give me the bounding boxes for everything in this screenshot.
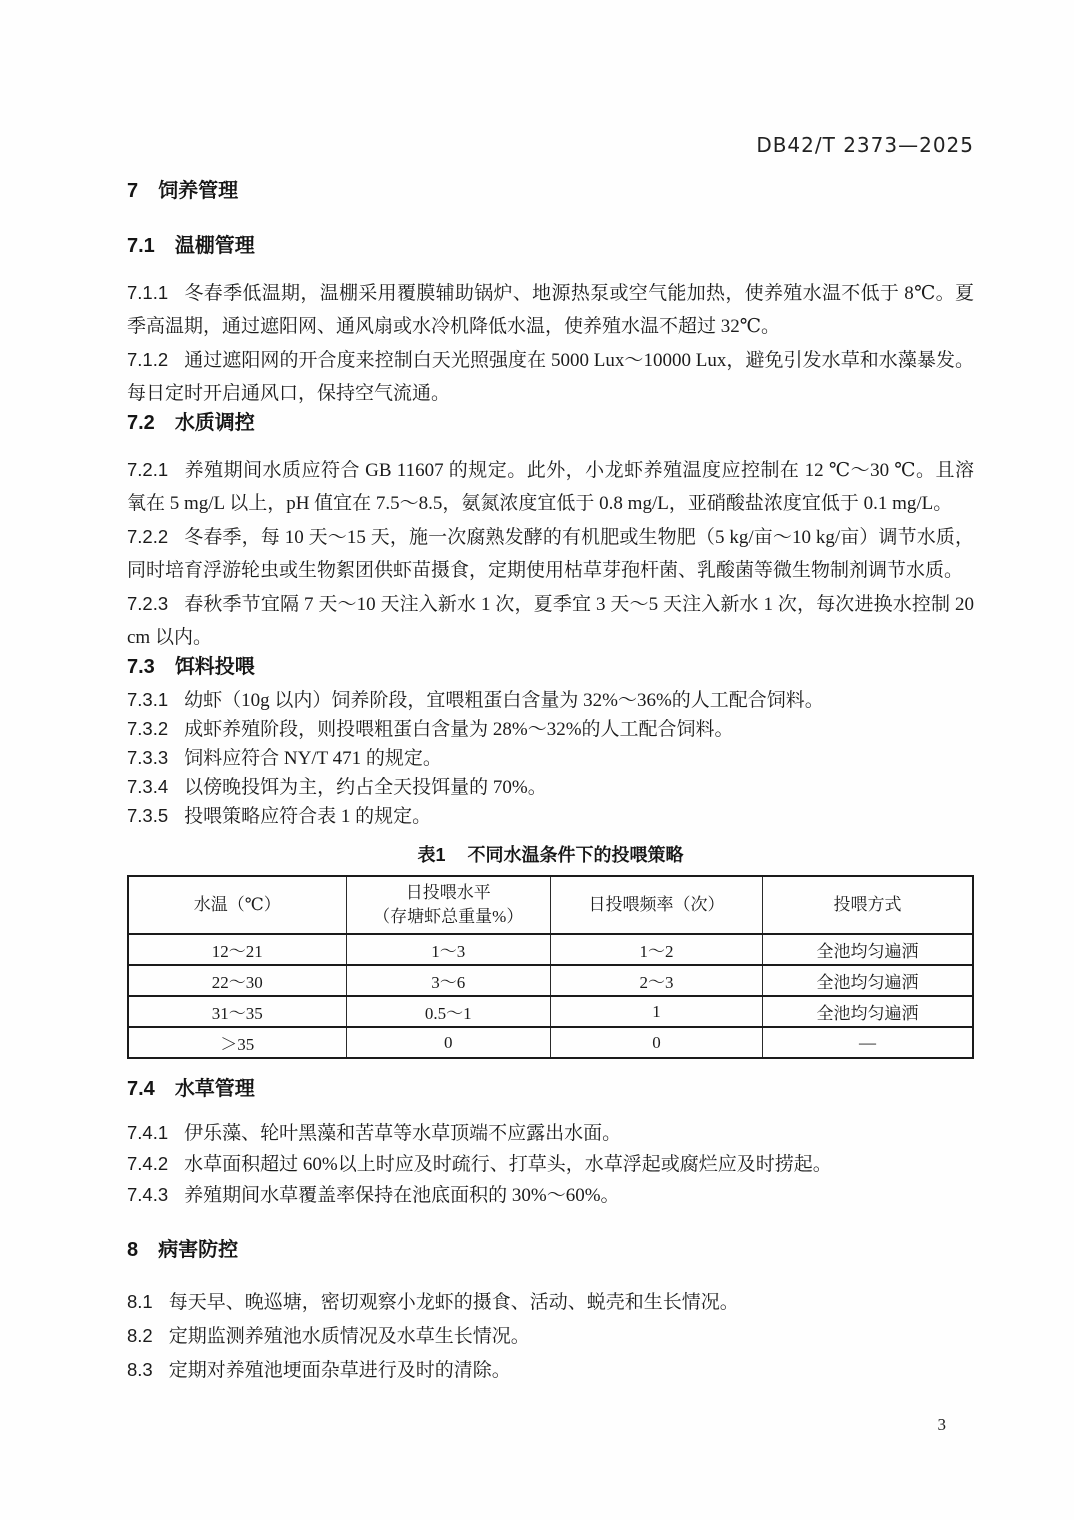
- col-header-feeding-level-line1: 日投喂水平: [347, 881, 550, 905]
- clause-7-4-3: 7.4.3养殖期间水草覆盖率保持在池底面积的 30%～60%。: [127, 1180, 974, 1211]
- clause-number: 8.2: [127, 1325, 153, 1346]
- clause-text: 定期对养殖池埂面杂草进行及时的清除。: [169, 1360, 511, 1381]
- section-7-heading: 7饲养管理: [127, 178, 974, 204]
- clause-text: 冬春季，每 10 天～15 天，施一次腐熟发酵的有机肥或生物肥（5 kg/亩～1…: [127, 527, 974, 581]
- clause-number: 7.3.2: [127, 718, 168, 739]
- col-header-water-temp: 水温（℃）: [128, 876, 346, 934]
- clause-group-8: 8.1每天早、晚巡塘，密切观察小龙虾的摄食、活动、蜕壳和生长情况。 8.2定期监…: [127, 1285, 974, 1387]
- clause-number: 7.3.1: [127, 689, 168, 710]
- page-number: 3: [127, 1415, 974, 1435]
- cell-feeding-frequency: 2～3: [550, 965, 762, 996]
- col-header-feeding-level-line2: （存塘虾总重量%）: [347, 905, 550, 929]
- cell-water-temp: 31～35: [128, 996, 346, 1027]
- col-header-feeding-frequency: 日投喂频率（次）: [550, 876, 762, 934]
- clause-text: 饲料应符合 NY/T 471 的规定。: [184, 748, 442, 769]
- clause-text: 冬春季低温期，温棚采用覆膜辅助锅炉、地源热泵或空气能加热，使养殖水温不低于 8℃…: [127, 283, 974, 337]
- clause-number: 7.4.3: [127, 1184, 168, 1205]
- clause-7-1-2: 7.1.2通过遮阳网的开合度来控制白天光照强度在 5000 Lux～10000 …: [127, 343, 974, 410]
- cell-feeding-method: 全池均匀遍洒: [763, 934, 973, 965]
- cell-feeding-method: 全池均匀遍洒: [763, 996, 973, 1027]
- table-row: 31～35 0.5～1 1 全池均匀遍洒: [128, 996, 973, 1027]
- clause-text: 水草面积超过 60%以上时应及时疏行、打草头，水草浮起或腐烂应及时捞起。: [184, 1154, 832, 1175]
- clause-text: 每天早、晚巡塘，密切观察小龙虾的摄食、活动、蜕壳和生长情况。: [169, 1292, 739, 1313]
- clause-number: 7.1.1: [127, 282, 168, 303]
- clause-number: 7.3.3: [127, 747, 168, 768]
- clause-number: 8.1: [127, 1291, 153, 1312]
- clause-8-2: 8.2定期监测养殖池水质情况及水草生长情况。: [127, 1319, 974, 1353]
- cell-water-temp: 22～30: [128, 965, 346, 996]
- clause-number: 7.2.3: [127, 593, 168, 614]
- clause-7-4-1: 7.4.1伊乐藻、轮叶黑藻和苦草等水草顶端不应露出水面。: [127, 1118, 974, 1149]
- clause-text: 养殖期间水质应符合 GB 11607 的规定。此外，小龙虾养殖温度应控制在 12…: [127, 460, 974, 514]
- document-page: DB42/T 2373—2025 7饲养管理 7.1温棚管理 7.1.1冬春季低…: [0, 0, 1074, 1520]
- document-code: DB42/T 2373—2025: [127, 133, 974, 157]
- clause-text: 成虾养殖阶段，则投喂粗蛋白含量为 28%～32%的人工配合饲料。: [184, 719, 733, 740]
- cell-feeding-frequency: 1～2: [550, 934, 762, 965]
- clause-7-1-1: 7.1.1冬春季低温期，温棚采用覆膜辅助锅炉、地源热泵或空气能加热，使养殖水温不…: [127, 276, 974, 343]
- clause-number: 7.4.1: [127, 1122, 168, 1143]
- cell-feeding-level: 3～6: [346, 965, 550, 996]
- clause-8-1: 8.1每天早、晚巡塘，密切观察小龙虾的摄食、活动、蜕壳和生长情况。: [127, 1285, 974, 1319]
- clause-number: 7.4.2: [127, 1153, 168, 1174]
- table-caption-label: 表1: [417, 845, 445, 865]
- section-number: 7.1: [127, 233, 155, 259]
- table-row: 12～21 1～3 1～2 全池均匀遍洒: [128, 934, 973, 965]
- clause-text: 幼虾（10g 以内）饲养阶段，宜喂粗蛋白含量为 32%～36%的人工配合饲料。: [184, 690, 824, 711]
- clause-7-2-1: 7.2.1养殖期间水质应符合 GB 11607 的规定。此外，小龙虾养殖温度应控…: [127, 453, 974, 520]
- cell-feeding-frequency: 1: [550, 996, 762, 1027]
- table-header-row: 水温（℃） 日投喂水平 （存塘虾总重量%） 日投喂频率（次） 投喂方式: [128, 876, 973, 934]
- clause-group-7-4: 7.4.1伊乐藻、轮叶黑藻和苦草等水草顶端不应露出水面。 7.4.2水草面积超过…: [127, 1118, 974, 1211]
- table-caption-title: 不同水温条件下的投喂策略: [468, 845, 684, 865]
- clause-number: 7.2.1: [127, 459, 168, 480]
- clause-7-3-2: 7.3.2成虾养殖阶段，则投喂粗蛋白含量为 28%～32%的人工配合饲料。: [127, 715, 974, 744]
- cell-feeding-method: 全池均匀遍洒: [763, 965, 973, 996]
- section-title: 水草管理: [175, 1078, 255, 1100]
- cell-feeding-frequency: 0: [550, 1027, 762, 1058]
- cell-water-temp: 12～21: [128, 934, 346, 965]
- clause-group-7-3: 7.3.1幼虾（10g 以内）饲养阶段，宜喂粗蛋白含量为 32%～36%的人工配…: [127, 686, 974, 831]
- clause-number: 7.3.4: [127, 776, 168, 797]
- section-number: 7.3: [127, 654, 155, 680]
- section-title: 饲养管理: [158, 180, 238, 202]
- section-number: 7: [127, 178, 138, 204]
- section-title: 病害防控: [158, 1239, 238, 1261]
- clause-7-2-3: 7.2.3春秋季节宜隔 7 天～10 天注入新水 1 次，夏季宜 3 天～5 天…: [127, 587, 974, 654]
- section-title: 饵料投喂: [175, 656, 255, 678]
- cell-feeding-level: 1～3: [346, 934, 550, 965]
- clause-8-3: 8.3定期对养殖池埂面杂草进行及时的清除。: [127, 1353, 974, 1387]
- section-number: 7.2: [127, 410, 155, 436]
- clause-number: 7.1.2: [127, 349, 168, 370]
- cell-water-temp: ＞35: [128, 1027, 346, 1058]
- clause-7-3-1: 7.3.1幼虾（10g 以内）饲养阶段，宜喂粗蛋白含量为 32%～36%的人工配…: [127, 686, 974, 715]
- table-row: 22～30 3～6 2～3 全池均匀遍洒: [128, 965, 973, 996]
- clause-text: 养殖期间水草覆盖率保持在池底面积的 30%～60%。: [184, 1185, 619, 1206]
- table-caption: 表1不同水温条件下的投喂策略: [127, 843, 974, 867]
- section-7-2-heading: 7.2水质调控: [127, 410, 974, 436]
- cell-feeding-level: 0: [346, 1027, 550, 1058]
- clause-7-2-2: 7.2.2冬春季，每 10 天～15 天，施一次腐熟发酵的有机肥或生物肥（5 k…: [127, 520, 974, 587]
- clause-7-3-5: 7.3.5投喂策略应符合表 1 的规定。: [127, 802, 974, 831]
- section-7-4-heading: 7.4水草管理: [127, 1076, 974, 1102]
- clause-text: 通过遮阳网的开合度来控制白天光照强度在 5000 Lux～10000 Lux，避…: [127, 350, 974, 404]
- cell-feeding-level: 0.5～1: [346, 996, 550, 1027]
- section-number: 7.4: [127, 1076, 155, 1102]
- section-7-1-heading: 7.1温棚管理: [127, 233, 974, 259]
- clause-text: 伊乐藻、轮叶黑藻和苦草等水草顶端不应露出水面。: [184, 1123, 621, 1144]
- section-7-3-heading: 7.3饵料投喂: [127, 654, 974, 680]
- clause-text: 定期监测养殖池水质情况及水草生长情况。: [169, 1326, 530, 1347]
- clause-number: 8.3: [127, 1359, 153, 1380]
- clause-text: 投喂策略应符合表 1 的规定。: [184, 806, 431, 827]
- col-header-feeding-level: 日投喂水平 （存塘虾总重量%）: [346, 876, 550, 934]
- clause-text: 以傍晚投饵为主，约占全天投饵量的 70%。: [184, 777, 547, 798]
- clause-text: 春秋季节宜隔 7 天～10 天注入新水 1 次，夏季宜 3 天～5 天注入新水 …: [127, 594, 974, 648]
- section-title: 水质调控: [175, 412, 255, 434]
- cell-feeding-method: —: [763, 1027, 973, 1058]
- clause-number: 7.2.2: [127, 526, 168, 547]
- section-number: 8: [127, 1237, 138, 1263]
- table-row: ＞35 0 0 —: [128, 1027, 973, 1058]
- clause-7-3-4: 7.3.4以傍晚投饵为主，约占全天投饵量的 70%。: [127, 773, 974, 802]
- section-8-heading: 8病害防控: [127, 1237, 974, 1263]
- section-title: 温棚管理: [175, 235, 255, 257]
- clause-number: 7.3.5: [127, 805, 168, 826]
- clause-7-3-3: 7.3.3饲料应符合 NY/T 471 的规定。: [127, 744, 974, 773]
- clause-7-4-2: 7.4.2水草面积超过 60%以上时应及时疏行、打草头，水草浮起或腐烂应及时捞起…: [127, 1149, 974, 1180]
- col-header-feeding-method: 投喂方式: [763, 876, 973, 934]
- feeding-strategy-table: 水温（℃） 日投喂水平 （存塘虾总重量%） 日投喂频率（次） 投喂方式 12～2…: [127, 875, 974, 1059]
